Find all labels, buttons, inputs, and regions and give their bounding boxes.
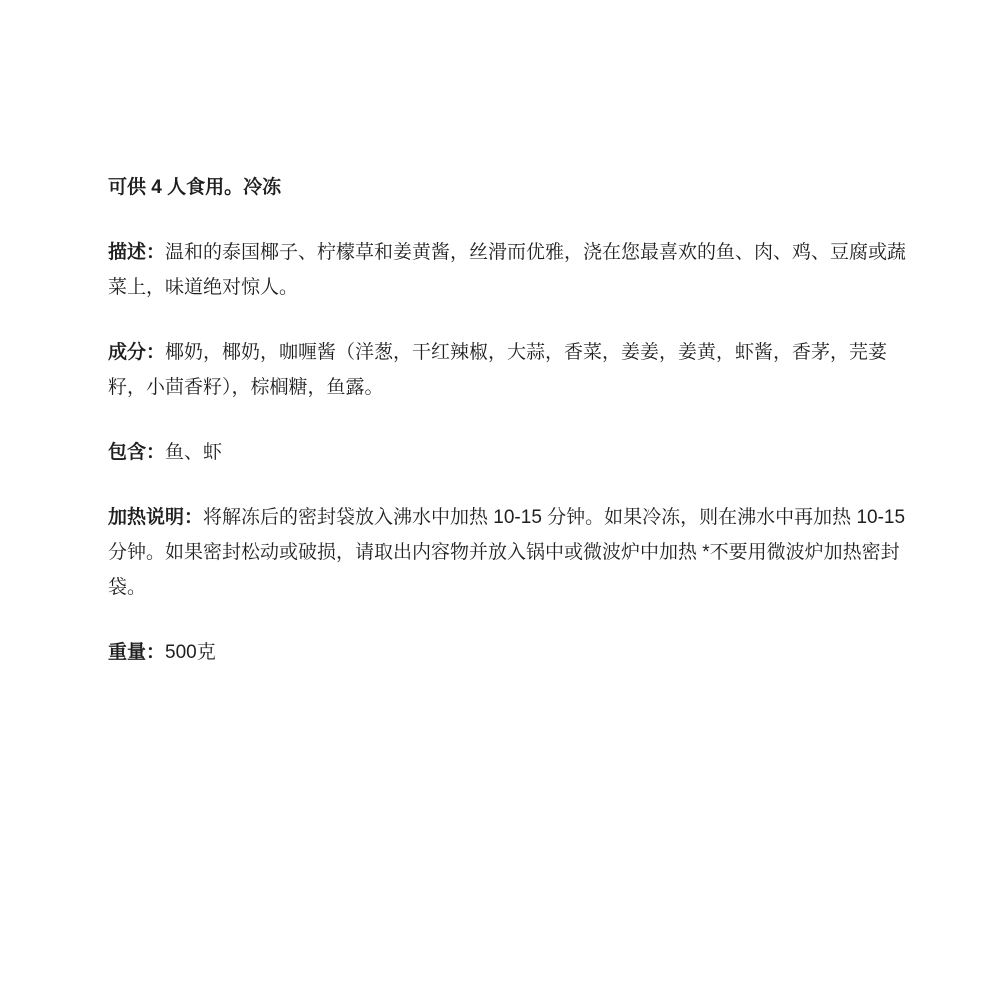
- contains-text: 鱼、虾: [165, 442, 222, 463]
- serving-info: 可供 4 人食用。冷冻: [108, 170, 938, 205]
- weight-text: 500克: [165, 642, 216, 663]
- serving-info-text: 可供 4 人食用。冷冻: [108, 177, 281, 198]
- section-weight: 重量：500克: [108, 635, 938, 670]
- section-contains: 包含：鱼、虾: [108, 435, 938, 470]
- ingredients-text: 椰奶，椰奶，咖喱酱（洋葱，干红辣椒，大蒜，香菜，姜姜，姜黄，虾酱，香茅，芫荽 籽…: [108, 342, 887, 398]
- product-description-document: 可供 4 人食用。冷冻 描述：温和的泰国椰子、柠檬草和姜黄酱，丝滑而优雅，浇在您…: [0, 0, 1000, 670]
- section-ingredients: 成分：椰奶，椰奶，咖喱酱（洋葱，干红辣椒，大蒜，香菜，姜姜，姜黄，虾酱，香茅，芫…: [108, 335, 938, 405]
- description-text: 温和的泰国椰子、柠檬草和姜黄酱，丝滑而优雅，浇在您最喜欢的鱼、肉、鸡、豆腐或蔬 …: [108, 242, 906, 298]
- heating-instructions-text: 将解冻后的密封袋放入沸水中加热 10-15 分钟。如果冷冻，则在沸水中再加热 1…: [108, 507, 905, 598]
- heating-instructions-label: 加热说明：: [108, 507, 203, 528]
- section-description: 描述：温和的泰国椰子、柠檬草和姜黄酱，丝滑而优雅，浇在您最喜欢的鱼、肉、鸡、豆腐…: [108, 235, 938, 305]
- description-label: 描述：: [108, 242, 165, 263]
- weight-label: 重量：: [108, 642, 165, 663]
- section-heating-instructions: 加热说明：将解冻后的密封袋放入沸水中加热 10-15 分钟。如果冷冻，则在沸水中…: [108, 500, 938, 605]
- contains-label: 包含：: [108, 442, 165, 463]
- ingredients-label: 成分：: [108, 342, 165, 363]
